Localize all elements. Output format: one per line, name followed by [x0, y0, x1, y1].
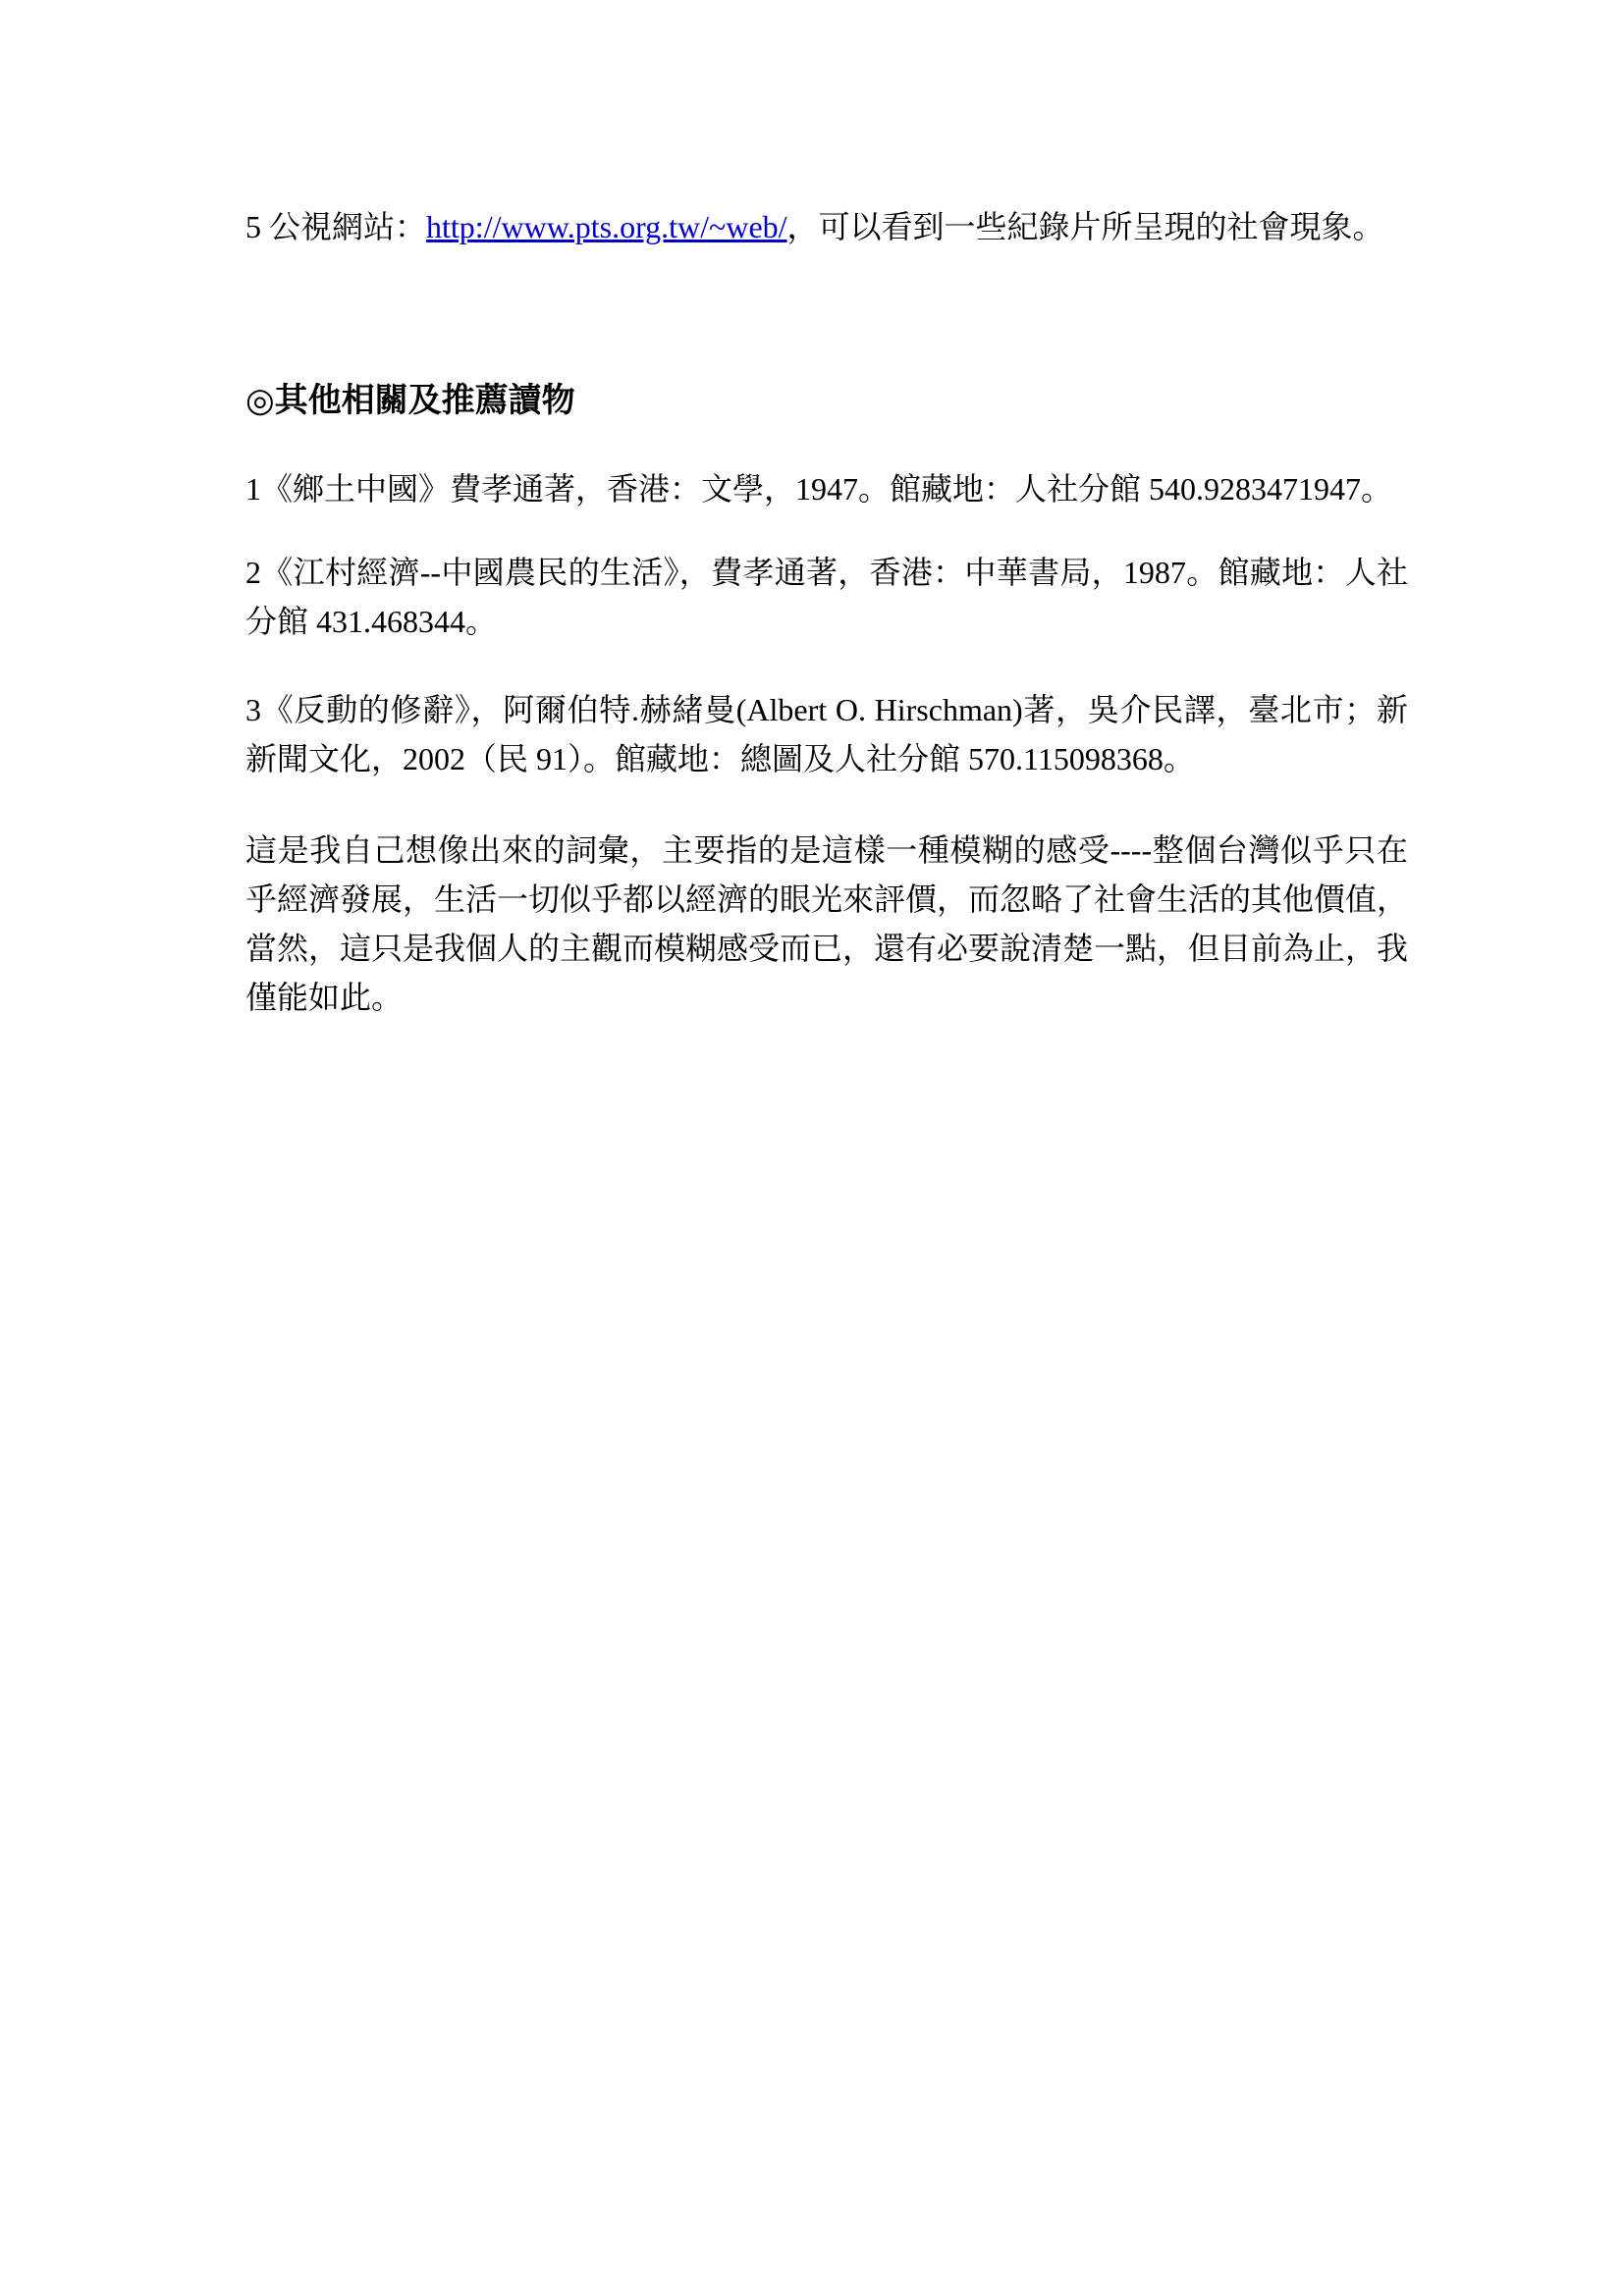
reference-item-3: 3《反動的修辭》，阿爾伯特.赫緒曼(Albert O. Hirschman)著，… [245, 685, 1408, 783]
section-heading: ◎其他相關及推薦讀物 [245, 376, 1408, 425]
footnote-5-suffix: ，可以看到一些紀錄片所呈現的社會現象。 [787, 209, 1384, 244]
footnote-5: 5 公視網站：http://www.pts.org.tw/~web/，可以看到一… [245, 202, 1408, 251]
document-page: 5 公視網站：http://www.pts.org.tw/~web/，可以看到一… [0, 0, 1624, 2296]
reference-item-2: 2《江村經濟--中國農民的生活》，費孝通著，香港：中華書局，1987。館藏地：人… [245, 548, 1408, 646]
document-content: 5 公視網站：http://www.pts.org.tw/~web/，可以看到一… [245, 202, 1408, 1022]
pts-website-link[interactable]: http://www.pts.org.tw/~web/ [426, 209, 787, 244]
closing-paragraph: 這是我自己想像出來的詞彙，主要指的是這樣一種模糊的感受----整個台灣似乎只在乎… [245, 826, 1408, 1022]
reference-item-1: 1《鄉土中國》費孝通著，香港：文學，1947。館藏地：人社分館 540.9283… [245, 464, 1408, 513]
footnote-5-prefix: 5 公視網站： [245, 209, 426, 244]
